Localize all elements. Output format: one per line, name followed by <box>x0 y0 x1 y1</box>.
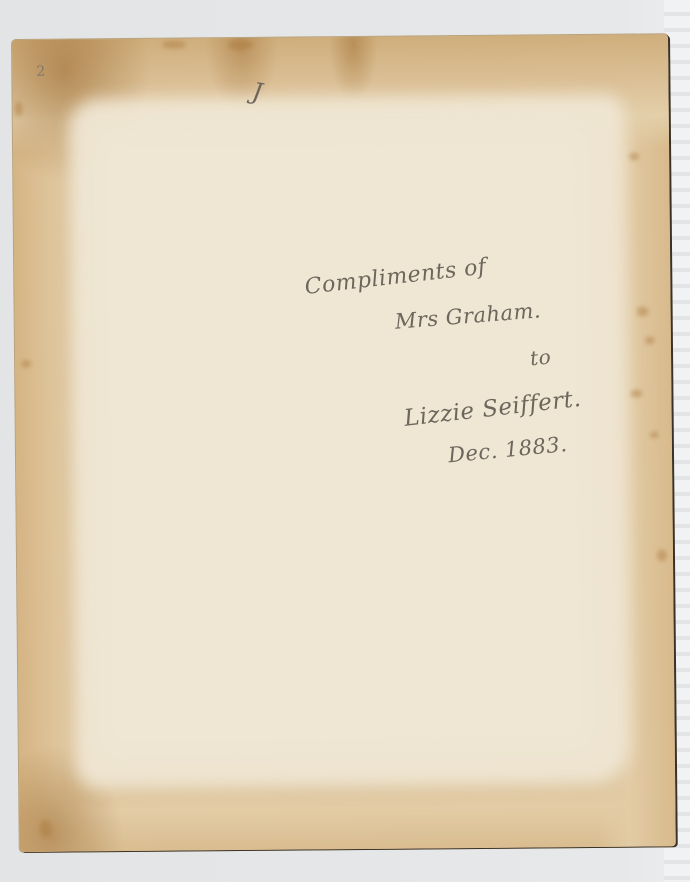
stain-spot <box>21 360 31 368</box>
stain-spot <box>629 153 639 161</box>
corner-number-mark: 2 <box>36 64 46 80</box>
stain-spot <box>657 549 667 561</box>
inscription-line-to: to <box>529 344 552 370</box>
antique-card-back: 2 J Compliments of Mrs Graham. to Lizzie… <box>12 34 676 852</box>
stain-spot <box>39 820 51 838</box>
stain-spot <box>637 306 649 316</box>
scan-background: 2 J Compliments of Mrs Graham. to Lizzie… <box>0 0 690 882</box>
stain-spot <box>645 336 655 344</box>
stain-spot <box>650 431 659 438</box>
stain-spot <box>15 102 23 116</box>
stain-spot <box>630 390 642 398</box>
